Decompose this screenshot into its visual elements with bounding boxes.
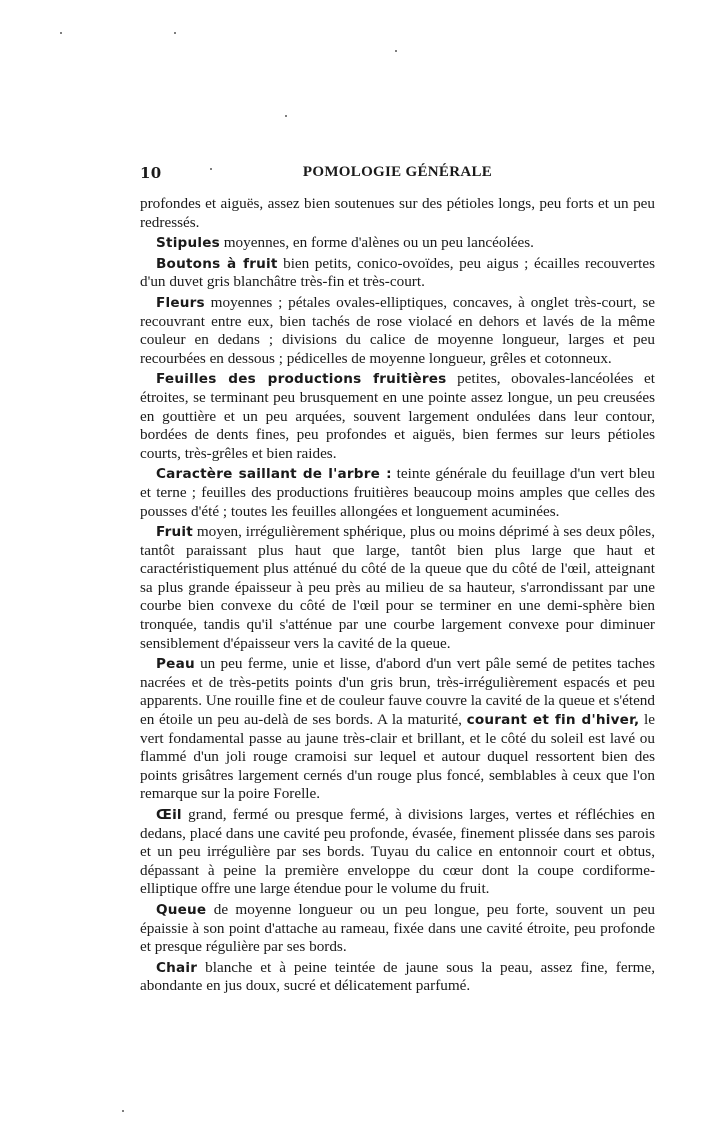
term-heading: Chair	[156, 960, 197, 976]
paragraph-text: blanche et à peine teintée de jaune sous…	[140, 959, 655, 995]
scan-speck	[122, 1110, 124, 1112]
paragraph-feuilles: Feuilles des productions fruitières peti…	[140, 370, 655, 463]
paragraph-chair: Chair blanche et à peine teintée de jaun…	[140, 959, 655, 996]
running-title: POMOLOGIE GÉNÉRALE	[140, 164, 655, 181]
term-heading: Peau	[156, 656, 195, 672]
paragraph-oeil: Œil grand, fermé ou presque fermé, à div…	[140, 806, 655, 899]
inline-term: courant et fin d'hiver,	[467, 712, 640, 728]
term-heading: Stipules	[156, 235, 220, 251]
paragraph-stipules: Stipules moyennes, en forme d'alènes ou …	[140, 234, 655, 253]
scan-speck	[60, 32, 62, 34]
term-heading: Fleurs	[156, 295, 205, 311]
paragraph-text: de moyenne longueur ou un peu longue, pe…	[140, 901, 655, 955]
paragraph-text: moyennes, en forme d'alènes ou un peu la…	[220, 234, 534, 251]
term-heading: Queue	[156, 902, 206, 918]
term-heading: Fruit	[156, 524, 193, 540]
scan-speck	[285, 115, 287, 117]
paragraph-boutons-a-fruit: Boutons à fruit bien petits, conico-ovoï…	[140, 255, 655, 292]
paragraph-text: moyen, irrégulièrement sphérique, plus o…	[140, 523, 655, 652]
paragraph-peau: Peau un peu ferme, unie et lisse, d'abor…	[140, 655, 655, 804]
scan-speck	[395, 50, 397, 52]
paragraph-leaves-continued: profondes et aiguës, assez bien soutenue…	[140, 195, 655, 232]
paragraph-caractere: Caractère saillant de l'arbre : teinte g…	[140, 465, 655, 521]
paragraph-text: moyennes ; pétales ovales-elliptiques, c…	[140, 294, 655, 367]
scan-speck	[174, 32, 176, 34]
running-header: 10 POMOLOGIE GÉNÉRALE	[140, 160, 655, 184]
term-heading: Caractère saillant de l'arbre :	[156, 466, 392, 482]
book-page: 10 POMOLOGIE GÉNÉRALE profondes et aiguë…	[140, 160, 655, 998]
paragraph-queue: Queue de moyenne longueur ou un peu long…	[140, 901, 655, 957]
paragraph-fleurs: Fleurs moyennes ; pétales ovales-ellipti…	[140, 294, 655, 368]
paragraph-text: profondes et aiguës, assez bien soutenue…	[140, 195, 655, 231]
body-text: profondes et aiguës, assez bien soutenue…	[140, 195, 655, 996]
paragraph-fruit: Fruit moyen, irrégulièrement sphérique, …	[140, 523, 655, 653]
term-heading: Boutons à fruit	[156, 256, 278, 272]
term-heading: Feuilles des productions fruitières	[156, 371, 446, 387]
term-heading: Œil	[156, 807, 182, 823]
paragraph-text: grand, fermé ou presque fermé, à divisio…	[140, 806, 655, 897]
